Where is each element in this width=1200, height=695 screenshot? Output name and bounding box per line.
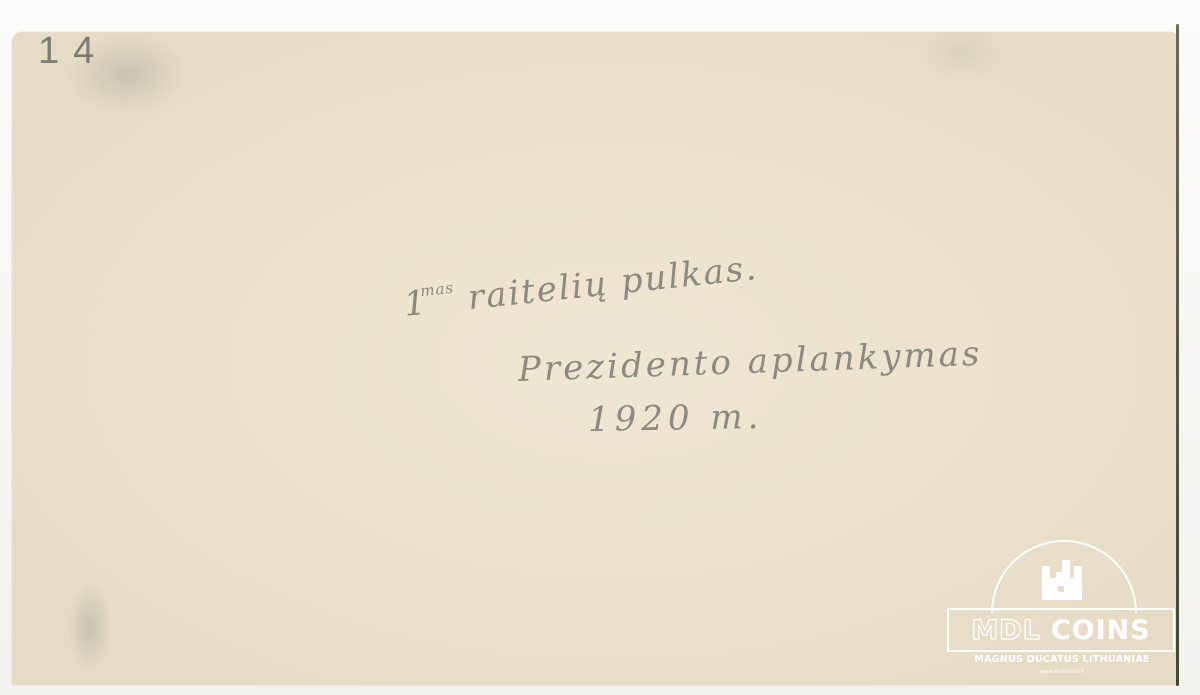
watermark-title-coins: COINS xyxy=(1051,615,1151,646)
corner-number: 14 xyxy=(38,30,108,73)
inscription-line-3: 1920 m. xyxy=(588,397,764,440)
inscription-superscript: mas xyxy=(419,279,455,300)
watermark-title-box: MDL COINS xyxy=(947,608,1175,652)
mdl-coins-watermark: MDL COINS MAGNUS DUCATUS LITHUANIAE www.… xyxy=(945,538,1179,680)
castle-icon xyxy=(1042,560,1082,600)
watermark-title-mdl: MDL xyxy=(971,615,1041,646)
watermark-subtitle: MAGNUS DUCATUS LITHUANIAE xyxy=(945,654,1179,665)
watermark-url: www.mdlcoins.lt xyxy=(945,669,1179,675)
